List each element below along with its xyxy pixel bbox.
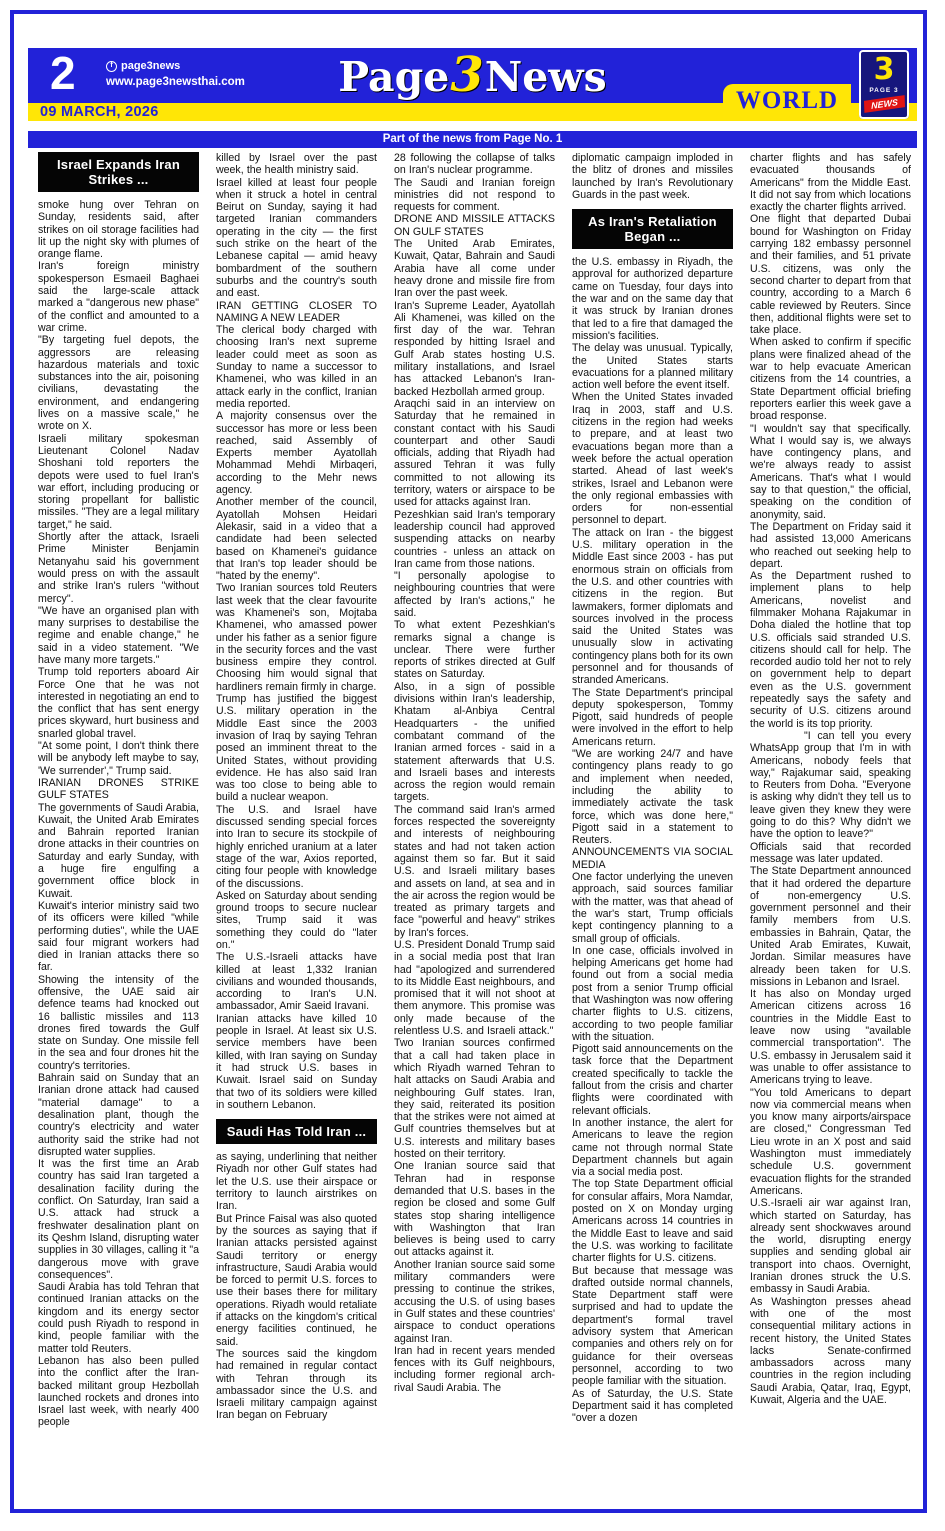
paragraph: Iranian attacks have killed 10 people in… xyxy=(216,1013,377,1111)
paragraph: Also, in a sign of possible divisions wi… xyxy=(394,681,555,804)
paragraph: In another instance, the alert for Ameri… xyxy=(572,1117,733,1178)
headline-box: Israel Expands Iran Strikes ... xyxy=(38,152,199,192)
paragraph: Shortly after the attack, Israeli Prime … xyxy=(38,531,199,605)
paragraph: The top State Department official for co… xyxy=(572,1178,733,1264)
paragraph: But Prince Faisal was also quoted by the… xyxy=(216,1213,377,1348)
paragraph: It has also on Monday urged American cit… xyxy=(750,988,911,1086)
paragraph: The United Arab Emirates, Kuwait, Qatar,… xyxy=(394,238,555,299)
logo-number: 3 xyxy=(859,54,909,86)
paragraph: The delay was unusual. Typically, the Un… xyxy=(572,342,733,391)
paragraph: killed by Israel over the past week, the… xyxy=(216,152,377,177)
paragraph: Pezeshkian said Iran's temporary leaders… xyxy=(394,509,555,570)
paragraph: But because that message was drafted out… xyxy=(572,1265,733,1388)
paragraph: Two Iranian sources told Reuters last we… xyxy=(216,582,377,693)
paragraph: the U.S. embassy in Riyadh, the approval… xyxy=(572,256,733,342)
paragraph: Israeli military spokesman Lieutenant Co… xyxy=(38,433,199,531)
continuation-banner: Part of the news from Page No. 1 xyxy=(28,131,917,148)
paragraph: As Washington presses ahead with one of … xyxy=(750,1296,911,1407)
paragraph: It was the first time an Arab country ha… xyxy=(38,1158,199,1281)
paragraph: The State Department announced that it h… xyxy=(750,865,911,988)
paragraph: To what extent Pezeshkian's remarks sign… xyxy=(394,619,555,680)
paragraph: When asked to confirm if specific plans … xyxy=(750,336,911,422)
paragraph: Another Iranian source said some militar… xyxy=(394,1259,555,1345)
page3-logo: 3 PAGE 3 NEWS xyxy=(859,50,909,119)
paragraph: When the United States invaded Iraq in 2… xyxy=(572,391,733,526)
headline-box: Saudi Has Told Iran ... xyxy=(216,1119,377,1144)
paragraph: "I personally apologise to neighbouring … xyxy=(394,570,555,619)
paragraph: Lebanon has also been pulled into the co… xyxy=(38,1355,199,1429)
paragraph: "I can tell you every WhatsApp group tha… xyxy=(750,730,911,841)
paragraph: as saying, underlining that neither Riya… xyxy=(216,1151,377,1212)
masthead-part1: Page xyxy=(338,53,449,101)
paragraph: The sources said the kingdom had remaine… xyxy=(216,1348,377,1422)
paragraph: Iran's foreign ministry spokesperson Esm… xyxy=(38,260,199,334)
paragraph: One Iranian source said that Tehran had … xyxy=(394,1160,555,1258)
columns: Israel Expands Iran Strikes ...smoke hun… xyxy=(38,152,911,1521)
logo-caption: PAGE 3 xyxy=(859,87,909,94)
issue-date: 09 MARCH, 2026 xyxy=(40,103,159,121)
paragraph: diplomatic campaign imploded in the blit… xyxy=(572,152,733,201)
section-subhead: ANNOUNCEMENTS VIA SOCIAL MEDIA xyxy=(572,846,733,871)
paragraph: 28 following the collapse of talks on Ir… xyxy=(394,152,555,177)
section-badge: WORLD xyxy=(723,84,851,118)
paragraph: The Saudi and Iranian foreign ministries… xyxy=(394,177,555,214)
paragraph: In one case, officials involved in helpi… xyxy=(572,945,733,1043)
paragraph: smoke hung over Tehran on Sunday, reside… xyxy=(38,199,199,260)
paragraph: Pigott said announcements on the task fo… xyxy=(572,1043,733,1117)
paragraph: The attack on Iran - the biggest U.S. mi… xyxy=(572,527,733,687)
paragraph: U.S. President Donald Trump said in a so… xyxy=(394,939,555,1037)
logo-news-ribbon: NEWS xyxy=(863,95,904,113)
header: 2 f page3news www.page3newsthai.com Page… xyxy=(28,48,917,121)
paragraph: Saudi Arabia has told Tehran that contin… xyxy=(38,1281,199,1355)
section-subhead: IRAN GETTING CLOSER TO NAMING A NEW LEAD… xyxy=(216,300,377,325)
paragraph: Kuwait's interior ministry said two of i… xyxy=(38,900,199,974)
paragraph: Showing the intensity of the offensive, … xyxy=(38,974,199,1072)
paragraph: The command said Iran's armed forces res… xyxy=(394,804,555,939)
news-column-3: 28 following the collapse of talks on Ir… xyxy=(394,152,555,1521)
paragraph: Another member of the council, Ayatollah… xyxy=(216,496,377,582)
paragraph: "By targeting fuel depots, the aggressor… xyxy=(38,334,199,432)
paragraph: Araqchi said in an interview on Saturday… xyxy=(394,398,555,509)
paragraph: The governments of Saudi Arabia, Kuwait,… xyxy=(38,802,199,900)
paragraph: Trump told reporters aboard Air Force On… xyxy=(38,666,199,740)
paragraph: "At some point, I don't think there will… xyxy=(38,740,199,777)
paragraph: "I wouldn't say that specifically. What … xyxy=(750,423,911,521)
section-subhead: DRONE AND MISSILE ATTACKS ON GULF STATES xyxy=(394,213,555,238)
paragraph: As the Department rushed to implement pl… xyxy=(750,570,911,730)
news-column-4: diplomatic campaign imploded in the blit… xyxy=(572,152,733,1521)
paragraph: The Department on Friday said it had ass… xyxy=(750,521,911,570)
paragraph: Iran had in recent years mended fences w… xyxy=(394,1345,555,1394)
paragraph: "We have an organised plan with many sur… xyxy=(38,605,199,666)
paragraph: charter flights and has safely evacuated… xyxy=(750,152,911,213)
paragraph: One factor underlying the uneven approac… xyxy=(572,871,733,945)
paragraph: "We are working 24/7 and have contingenc… xyxy=(572,748,733,846)
headline-box: As Iran's Retaliation Began ... xyxy=(572,209,733,249)
masthead-part3: News xyxy=(485,53,607,101)
paragraph: As of Saturday, the U.S. State Departmen… xyxy=(572,1388,733,1425)
paragraph: A majority consensus over the successor … xyxy=(216,410,377,496)
paragraph: Iran's Supreme Leader, Ayatollah Ali Kha… xyxy=(394,300,555,398)
news-column-1: Israel Expands Iran Strikes ...smoke hun… xyxy=(38,152,199,1521)
paragraph: The clerical body charged with choosing … xyxy=(216,324,377,410)
section-subhead: IRANIAN DRONES STRIKE GULF STATES xyxy=(38,777,199,802)
paragraph: The U.S. and Israel have discussed sendi… xyxy=(216,804,377,890)
masthead-part2: 3 xyxy=(449,47,484,103)
paragraph: The U.S.-Israeli attacks have killed at … xyxy=(216,951,377,1012)
paragraph: The State Department's principal deputy … xyxy=(572,687,733,748)
paragraph: Two Iranian sources confirmed that a cal… xyxy=(394,1037,555,1160)
section-label: WORLD xyxy=(736,87,838,115)
news-column-2: killed by Israel over the past week, the… xyxy=(216,152,377,1521)
paragraph: Bahrain said on Sunday that an Iranian d… xyxy=(38,1072,199,1158)
news-column-5: charter flights and has safely evacuated… xyxy=(750,152,911,1521)
paragraph: U.S.-Israeli air war against Iran, which… xyxy=(750,1197,911,1295)
paragraph: "You told Americans to depart now via co… xyxy=(750,1087,911,1198)
paragraph: Officials said that recorded message was… xyxy=(750,841,911,866)
paragraph: One flight that departed Dubai bound for… xyxy=(750,213,911,336)
paragraph: Asked on Saturday about sending ground t… xyxy=(216,890,377,951)
paragraph: Trump has justified the biggest U.S. mil… xyxy=(216,693,377,804)
paragraph: Israel killed at least four people when … xyxy=(216,177,377,300)
